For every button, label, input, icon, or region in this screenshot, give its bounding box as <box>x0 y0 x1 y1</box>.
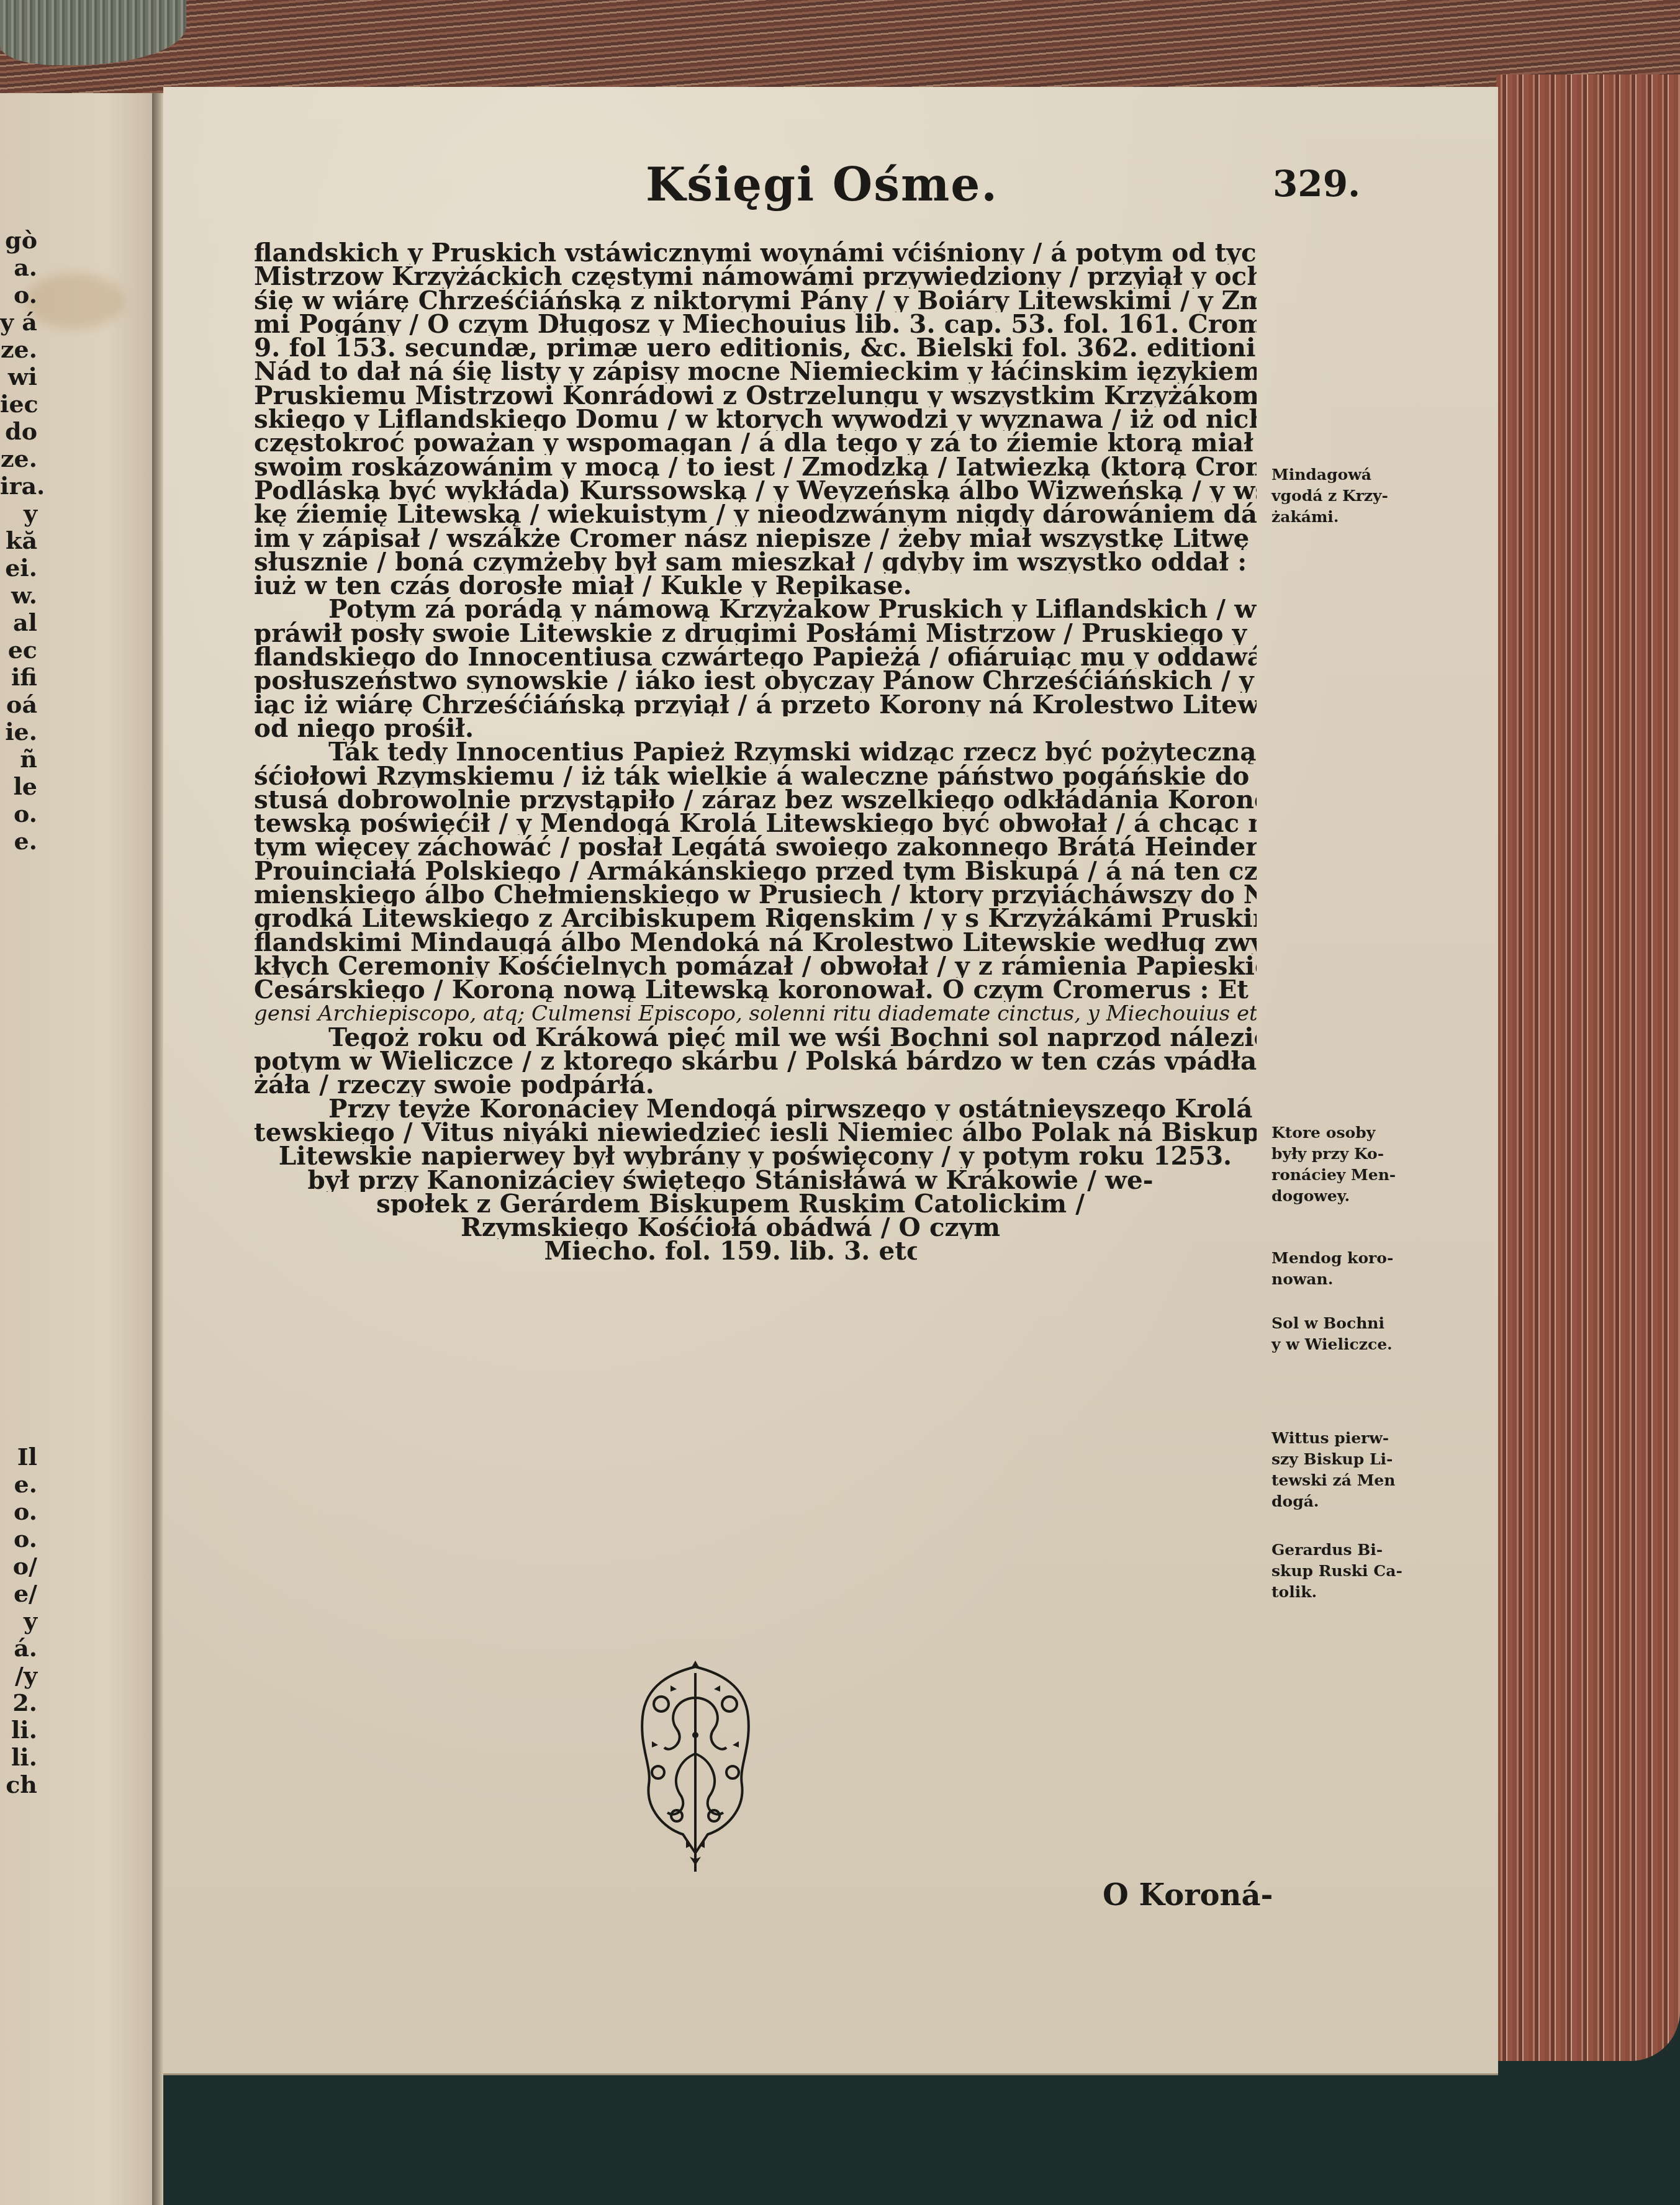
page-edges-stack <box>1496 74 1680 2061</box>
left-page-fragment-line: li. <box>0 1744 37 1771</box>
left-page-fragment-line: ec <box>0 636 37 664</box>
margin-note-line: vgodá z Krzy- <box>1271 485 1445 507</box>
body-line: Tegoż roku od Krákowá pięć mil we wśi Bo… <box>254 1026 1257 1049</box>
body-line: tym więcey záchowáć / posłał Legátá swoi… <box>254 835 1257 859</box>
left-page-text-fragment-lower: Ile.o.o.o/e/yá./y2.li.li.ch <box>0 1443 37 1798</box>
margin-note-line: żakámi. <box>1271 507 1445 528</box>
body-line: posłuszeństwo synowskie / iáko iest obyc… <box>254 669 1257 692</box>
body-line: swoim roskázowánim y mocą / to iest / Żm… <box>254 455 1257 479</box>
margin-note-line: Sol w Bochni <box>1271 1313 1445 1334</box>
left-page-fragment-line: o/ <box>0 1553 37 1580</box>
water-stain <box>25 273 124 329</box>
left-page-fragment-line: wi <box>0 363 37 390</box>
left-page-fragment-line: y á <box>0 309 37 336</box>
body-line: flandskimi Mindaugá álbo Mendoká ná Krol… <box>254 931 1257 954</box>
margin-note-line: ronáciey Men- <box>1271 1165 1445 1186</box>
ornament-tailpiece-icon <box>633 1661 757 1878</box>
left-page-fragment-line: ira. <box>0 472 37 500</box>
margin-note: Mindagowávgodá z Krzy-żakámi. <box>1271 464 1445 528</box>
margin-note-line: Gerardus Bi- <box>1271 1540 1445 1561</box>
tapered-closing-lines: Litewskie napierwey był wybrány y poświę… <box>254 1144 1257 1263</box>
left-page-fragment-line: le <box>0 773 37 800</box>
body-line: śię w wiárę Chrześćiáńską z niktorymi Pá… <box>254 289 1257 312</box>
margin-note: Wittus pierw-szy Biskup Li-tewski zá Men… <box>1271 1428 1445 1512</box>
left-page-fragment-line: y <box>0 500 37 527</box>
tapered-line: był przy Kanonizáciey świętego Stánisłáw… <box>281 1168 1181 1192</box>
body-text: flandskich y Pruskich vstáwicznymi woyná… <box>254 241 1257 1263</box>
body-line: żáła / rzeczy swoie podpárłá. <box>254 1073 1257 1096</box>
left-page-fragment-line: li. <box>0 1716 37 1744</box>
body-line: iąc iż wiárę Chrześćiáńską przyiął / á p… <box>254 693 1257 716</box>
left-page-text-fragment-upper: gòa.o.y áze.wiiecdoze.ira.ykăei.w.alecif… <box>0 227 37 855</box>
margin-note-line: Wittus pierw- <box>1271 1428 1445 1449</box>
tapered-line: społek z Gerárdem Biskupem Ruskim Catoli… <box>358 1192 1103 1215</box>
left-page-fragment-line: al <box>0 609 37 636</box>
left-page-fragment-line: gò <box>0 227 37 254</box>
body-line: Potym zá porádą y námową Krzyżakow Prusk… <box>254 597 1257 621</box>
body-line: flandskiego do Innocentiusa czwártego Pa… <box>254 645 1257 669</box>
body-line: od niego prośił. <box>254 716 1257 740</box>
left-page-fragment-line: o. <box>0 800 37 827</box>
left-page-fragment-line: ei. <box>0 554 37 582</box>
margin-note-line: dogá. <box>1271 1491 1445 1512</box>
body-line: słusznie / boná czymżeby był sam mieszka… <box>254 550 1257 574</box>
body-line: 9. fol 153. secundæ, primæ uero editioni… <box>254 336 1257 359</box>
left-page-fragment-line: o. <box>0 1525 37 1553</box>
background-surface <box>0 2070 1680 2205</box>
margin-note-line: skup Ruski Ca- <box>1271 1561 1445 1582</box>
body-line: flandskich y Pruskich vstáwicznymi woyná… <box>254 241 1257 264</box>
body-line: práwił posły swoie Litewskie z drugimi P… <box>254 621 1257 645</box>
left-page-fragment-line: o. <box>0 1498 37 1525</box>
left-page-fragment-line: ie. <box>0 718 37 746</box>
margin-note: Ktore osobybyły przy Ko-ronáciey Men-dog… <box>1271 1122 1445 1207</box>
body-line: stusá dobrowolnie przystąpiło / záraz be… <box>254 788 1257 811</box>
left-page-fragment-line: do <box>0 418 37 445</box>
left-page-fragment-line: ze. <box>0 445 37 472</box>
body-line: kłych Ceremoniy Kośćielnych pomázał / ob… <box>254 954 1257 978</box>
body-line: kę źiemię Litewską / wiekuistym / y nieo… <box>254 502 1257 526</box>
margin-note-line: y w Wieliczce. <box>1271 1334 1445 1355</box>
left-page-fragment-line: e. <box>0 1471 37 1498</box>
margin-note-line: były przy Ko- <box>1271 1143 1445 1165</box>
left-page-fragment-line: ch <box>0 1771 37 1798</box>
body-line: Pruskiemu Mistrzowi Konrádowi z Ostrzelu… <box>254 384 1257 407</box>
left-page-fragment-line: o. <box>0 281 37 309</box>
body-line: iuż w ten czás dorosłe miał / Kukle y Re… <box>254 574 1257 597</box>
body-line: gensi Archiepiscopo, atq; Culmensi Episc… <box>254 1002 1257 1026</box>
left-page-fragment-line: e. <box>0 827 37 855</box>
tapered-line: Litewskie napierwey był wybrány y poświę… <box>254 1144 1257 1168</box>
left-page-fragment-line: oá <box>0 691 37 718</box>
left-page-fragment-line: iec <box>0 390 37 418</box>
body-line: tewską poświęćił / y Mendogá Krolá Litew… <box>254 811 1257 835</box>
left-page-fragment-line: Il <box>0 1443 37 1471</box>
body-line: Nád to dał ná śię listy y zápisy mocne N… <box>254 359 1257 383</box>
margin-note-line: szy Biskup Li- <box>1271 1449 1445 1470</box>
margin-note: Sol w Bochniy w Wieliczce. <box>1271 1313 1445 1355</box>
body-line: Prouinciałá Polskiego / Armákánskiego pr… <box>254 859 1257 883</box>
body-line: skiego y Liflandskiego Domu / w ktorych … <box>254 407 1257 431</box>
left-page-fragment-line: e/ <box>0 1580 37 1607</box>
body-line: Ták tedy Innocentius Papież Rzymski widz… <box>254 740 1257 764</box>
left-page-fragment-line: ze. <box>0 336 37 363</box>
body-line: Cesárskiego / Koroną nową Litewską koron… <box>254 978 1257 1001</box>
margin-note-line: Mindagowá <box>1271 464 1445 485</box>
body-line: Podláską być wykłáda) Kurssowską / y Wey… <box>254 479 1257 502</box>
left-page-fragment-line: /y <box>0 1662 37 1689</box>
left-page-fragment-line: 2. <box>0 1689 37 1716</box>
body-line: śćiołowi Rzymskiemu / iż ták wielkie á w… <box>254 764 1257 788</box>
margin-note: Mendog koro-nowan. <box>1271 1248 1445 1290</box>
body-line: im y zápisał / wszákże Cromer nász niepi… <box>254 526 1257 550</box>
body-lines: flandskich y Pruskich vstáwicznymi woyná… <box>254 241 1257 1144</box>
margin-note-line: Ktore osoby <box>1271 1122 1445 1143</box>
page-number: 329. <box>1273 163 1360 205</box>
body-line: Mistrzow Krzyżáckich częstymi námowámi p… <box>254 264 1257 288</box>
body-line: potym w Wieliczce / z ktorego skárbu / P… <box>254 1049 1257 1073</box>
margin-note-line: tewski zá Men <box>1271 1470 1445 1491</box>
catchword: O Koroná- <box>1103 1878 1273 1913</box>
margin-note-line: Mendog koro- <box>1271 1248 1445 1269</box>
left-page-fragment-line: kă <box>0 527 37 554</box>
running-head: Kśięgi Ośme. <box>646 158 998 212</box>
left-page-fragment-line: ñ <box>0 746 37 773</box>
left-page-fragment-line: a. <box>0 254 37 281</box>
left-page-fragment-line: w. <box>0 582 37 609</box>
left-page: gòa.o.y áze.wiiecdoze.ira.ykăei.w.alecif… <box>0 93 155 2205</box>
tapered-line: Rzymskiego Kośćiołá obádwá / O czym <box>451 1215 1010 1239</box>
left-page-fragment-line: á. <box>0 1635 37 1662</box>
body-line: Przy teyże Koronáciey Mendogá pirwszego … <box>254 1097 1257 1121</box>
margin-note-line: tolik. <box>1271 1582 1445 1603</box>
margin-note: Gerardus Bi-skup Ruski Ca-tolik. <box>1271 1540 1445 1603</box>
tapered-line: Miecho. fol. 159. lib. 3. etc. <box>544 1239 917 1263</box>
left-page-fragment-line: y <box>0 1607 37 1635</box>
body-line: grodká Litewskiego z Arcibiskupem Rigens… <box>254 906 1257 930</box>
body-line: częstokroć poważan y wspomagan / á dla t… <box>254 431 1257 454</box>
body-line: mi Pogány / O czym Długosz y Miechouius … <box>254 312 1257 336</box>
margin-note-line: dogowey. <box>1271 1186 1445 1207</box>
body-line: mienskiego álbo Chełmienskiego w Prusiec… <box>254 883 1257 906</box>
body-line: tewskiego / Vitus niyáki niewiedzieć ies… <box>254 1121 1257 1144</box>
book-gutter <box>152 93 163 2205</box>
left-page-fragment-line: ifi <box>0 664 37 691</box>
margin-note-line: nowan. <box>1271 1269 1445 1290</box>
